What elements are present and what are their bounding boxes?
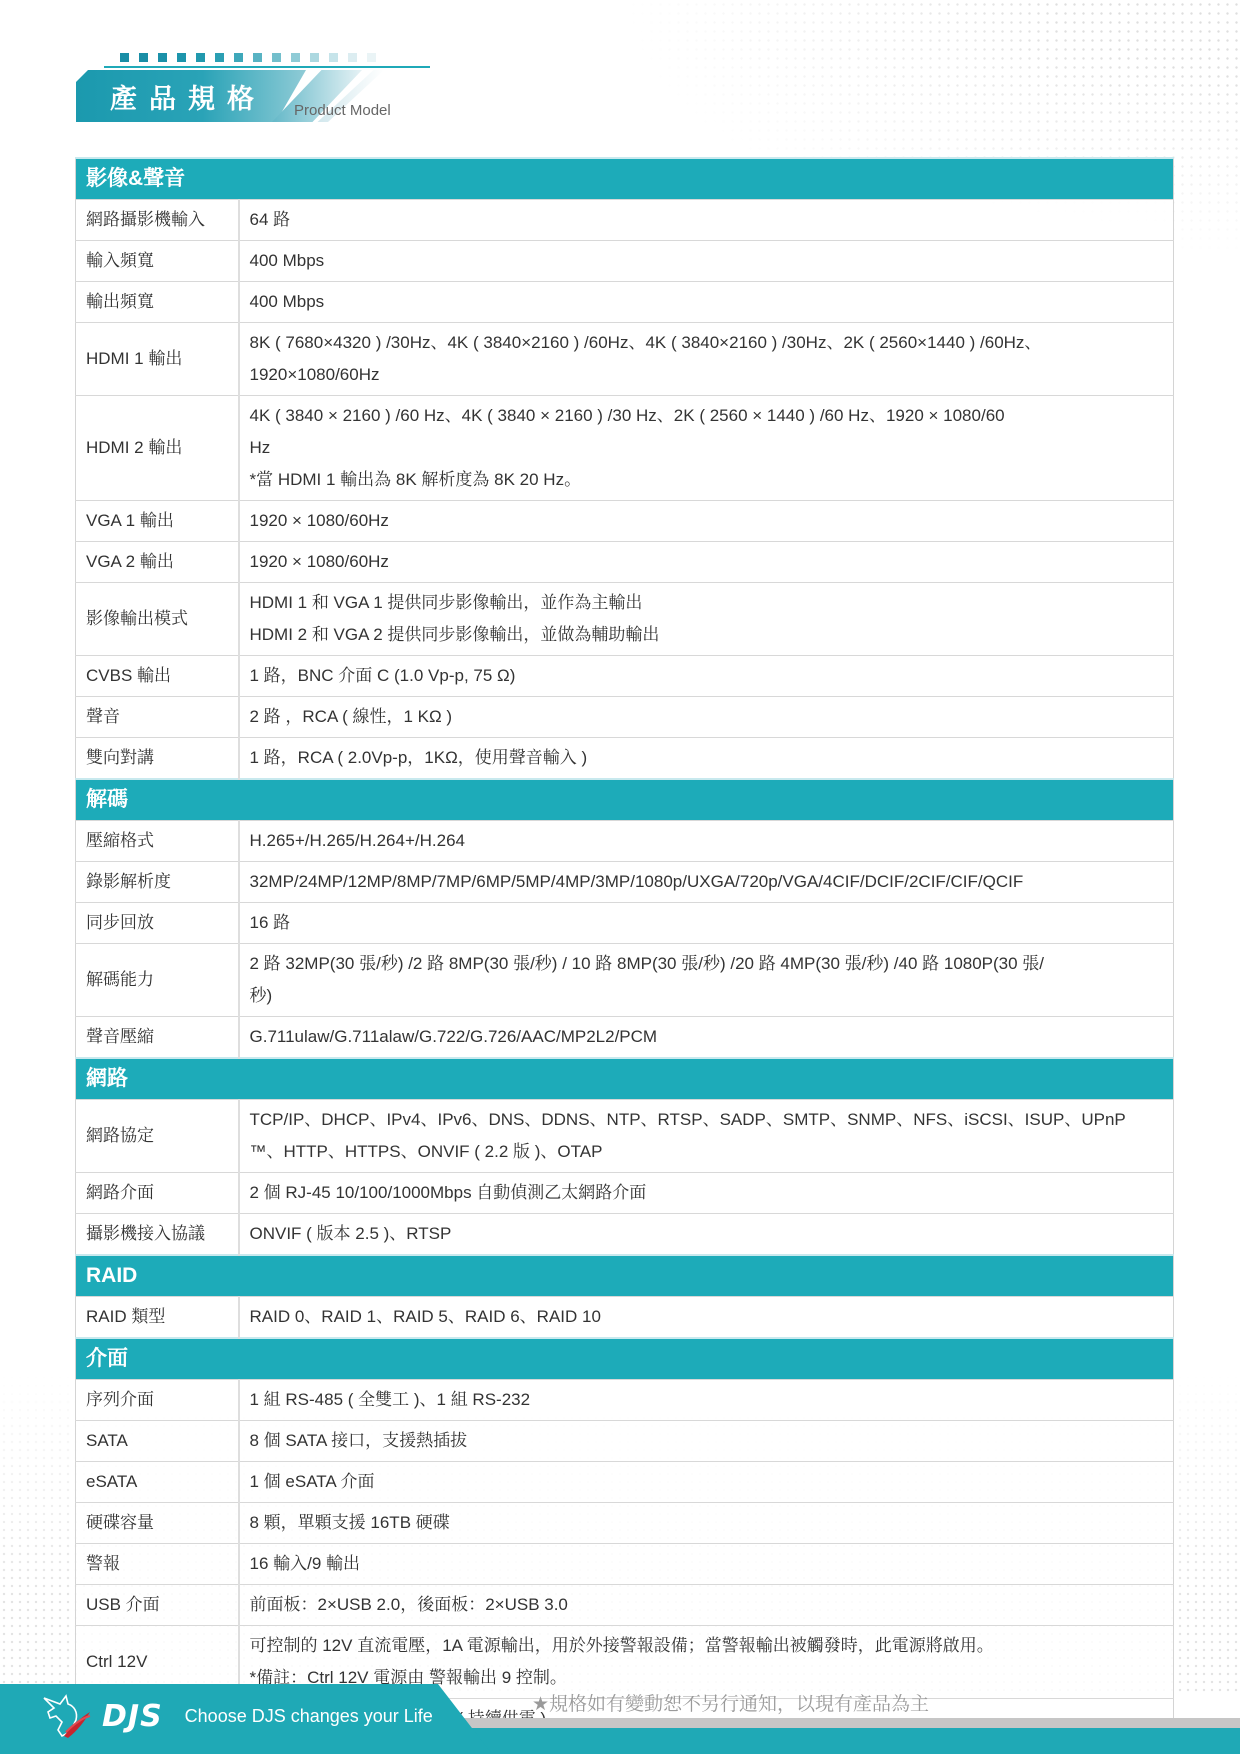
spec-value-line: 64 路 xyxy=(250,204,1164,236)
spec-value: 400 Mbps xyxy=(239,282,1174,323)
section-title: RAID xyxy=(76,1255,1174,1297)
spec-label: 雙向對講 xyxy=(76,738,239,780)
spec-row: 輸入頻寬400 Mbps xyxy=(76,241,1174,282)
spec-table: 影像&聲音網路攝影機輸入64 路輸入頻寬400 Mbps輸出頻寬400 Mbps… xyxy=(75,157,1174,1740)
spec-label: SATA xyxy=(76,1421,239,1462)
spec-row: VGA 2 輸出1920 × 1080/60Hz xyxy=(76,542,1174,583)
spec-value: 1920 × 1080/60Hz xyxy=(239,542,1174,583)
spec-value-line: 前面板：2×USB 2.0，後面板：2×USB 3.0 xyxy=(250,1589,1164,1621)
spec-value: 1 路，BNC 介面 C (1.0 Vp-p, 75 Ω) xyxy=(239,656,1174,697)
spec-label: 影像輸出模式 xyxy=(76,583,239,656)
decorative-square xyxy=(329,53,338,62)
spec-label: HDMI 1 輸出 xyxy=(76,323,239,396)
spec-row: USB 介面前面板：2×USB 2.0，後面板：2×USB 3.0 xyxy=(76,1585,1174,1626)
spec-label: 硬碟容量 xyxy=(76,1503,239,1544)
spec-value-line: 8 個 SATA 接口，支援熱插拔 xyxy=(250,1425,1164,1457)
spec-value: 16 路 xyxy=(239,903,1174,944)
spec-value-line: 2 路 ，RCA ( 線性，1 KΩ ) xyxy=(250,701,1164,733)
decorative-square xyxy=(139,53,148,62)
spec-row: CVBS 輸出1 路，BNC 介面 C (1.0 Vp-p, 75 Ω) xyxy=(76,656,1174,697)
decorative-square xyxy=(272,53,281,62)
spec-value: RAID 0、RAID 1、RAID 5、RAID 6、RAID 10 xyxy=(239,1297,1174,1339)
spec-value: G.711ulaw/G.711alaw/G.722/G.726/AAC/MP2L… xyxy=(239,1017,1174,1059)
spec-value: 64 路 xyxy=(239,200,1174,241)
spec-row: RAID 類型RAID 0、RAID 1、RAID 5、RAID 6、RAID … xyxy=(76,1297,1174,1339)
spec-label: 網路攝影機輸入 xyxy=(76,200,239,241)
spec-value: 2 路 32MP(30 張/秒) /2 路 8MP(30 張/秒) / 10 路… xyxy=(239,944,1174,1017)
spec-label: 攝影機接入協議 xyxy=(76,1214,239,1256)
spec-value: 8K ( 7680×4320 ) /30Hz、4K ( 3840×2160 ) … xyxy=(239,323,1174,396)
spec-row: 解碼能力2 路 32MP(30 張/秒) /2 路 8MP(30 張/秒) / … xyxy=(76,944,1174,1017)
spec-label: eSATA xyxy=(76,1462,239,1503)
spec-label: CVBS 輸出 xyxy=(76,656,239,697)
spec-row: 輸出頻寬400 Mbps xyxy=(76,282,1174,323)
decorative-square xyxy=(367,53,376,62)
spec-value: 1 個 eSATA 介面 xyxy=(239,1462,1174,1503)
spec-row: 雙向對講1 路，RCA ( 2.0Vp-p，1KΩ，使用聲音輸入 ) xyxy=(76,738,1174,780)
spec-label: 網路協定 xyxy=(76,1100,239,1173)
spec-row: 網路協定TCP/IP、DHCP、IPv4、IPv6、DNS、DDNS、NTP、R… xyxy=(76,1100,1174,1173)
spec-value-line: 4K ( 3840 × 2160 ) /60 Hz、4K ( 3840 × 21… xyxy=(250,400,1164,432)
spec-row: 攝影機接入協議ONVIF ( 版本 2.5 )、RTSP xyxy=(76,1214,1174,1256)
spec-row: HDMI 1 輸出8K ( 7680×4320 ) /30Hz、4K ( 384… xyxy=(76,323,1174,396)
spec-value-line: 1 個 eSATA 介面 xyxy=(250,1466,1164,1498)
page-subtitle: Product Model xyxy=(294,102,391,119)
spec-label: 壓縮格式 xyxy=(76,821,239,862)
spec-value-line: 1920 × 1080/60Hz xyxy=(250,546,1164,578)
spec-label: 輸出頻寬 xyxy=(76,282,239,323)
spec-value-line: RAID 0、RAID 1、RAID 5、RAID 6、RAID 10 xyxy=(250,1301,1164,1333)
decorative-square xyxy=(215,53,224,62)
decorative-square xyxy=(158,53,167,62)
spec-value-line: 可控制的 12V 直流電壓，1A 電源輸出，用於外接警報設備；當警報輸出被觸發時… xyxy=(250,1630,1164,1662)
spec-value: 8 個 SATA 接口，支援熱插拔 xyxy=(239,1421,1174,1462)
decorative-square xyxy=(177,53,186,62)
section-header: 解碼 xyxy=(76,779,1174,821)
spec-label: 聲音 xyxy=(76,697,239,738)
spec-row: SATA8 個 SATA 接口，支援熱插拔 xyxy=(76,1421,1174,1462)
spec-value-line: 16 路 xyxy=(250,907,1164,939)
spec-value-line: TCP/IP、DHCP、IPv4、IPv6、DNS、DDNS、NTP、RTSP、… xyxy=(250,1104,1164,1136)
decorative-squares xyxy=(120,53,376,62)
section-header: 影像&聲音 xyxy=(76,158,1174,200)
spec-label: VGA 2 輸出 xyxy=(76,542,239,583)
spec-row: HDMI 2 輸出4K ( 3840 × 2160 ) /60 Hz、4K ( … xyxy=(76,396,1174,501)
brand-slogan: Choose DJS changes your Life xyxy=(185,1706,433,1727)
section-header: 介面 xyxy=(76,1338,1174,1380)
spec-value-line: 1 路，BNC 介面 C (1.0 Vp-p, 75 Ω) xyxy=(250,660,1164,692)
spec-row: 影像輸出模式HDMI 1 和 VGA 1 提供同步影像輸出，並作為主輸出HDMI… xyxy=(76,583,1174,656)
spec-value: 4K ( 3840 × 2160 ) /60 Hz、4K ( 3840 × 21… xyxy=(239,396,1174,501)
section-title: 影像&聲音 xyxy=(76,158,1174,200)
spec-label: USB 介面 xyxy=(76,1585,239,1626)
spec-value-line: 1 組 RS-485 ( 全雙工 )、1 組 RS-232 xyxy=(250,1384,1164,1416)
spec-label: 序列介面 xyxy=(76,1380,239,1421)
section-title: 解碼 xyxy=(76,779,1174,821)
spec-label: VGA 1 輸出 xyxy=(76,501,239,542)
header-divider xyxy=(104,66,430,68)
spec-row: 硬碟容量8 顆，單顆支援 16TB 硬碟 xyxy=(76,1503,1174,1544)
spec-row: 網路介面2 個 RJ-45 10/100/1000Mbps 自動偵測乙太網路介面 xyxy=(76,1173,1174,1214)
spec-value-line: 2 路 32MP(30 張/秒) /2 路 8MP(30 張/秒) / 10 路… xyxy=(250,948,1164,980)
spec-value-line: HDMI 2 和 VGA 2 提供同步影像輸出，並做為輔助輸出 xyxy=(250,619,1164,651)
spec-label: HDMI 2 輸出 xyxy=(76,396,239,501)
spec-label: 警報 xyxy=(76,1544,239,1585)
spec-value-line: 8K ( 7680×4320 ) /30Hz、4K ( 3840×2160 ) … xyxy=(250,327,1164,359)
spec-change-notice: ★規格如有變動恕不另行通知，以現有產品為主 xyxy=(532,1689,929,1716)
section-title: 網路 xyxy=(76,1058,1174,1100)
brand-name: DJS xyxy=(102,1699,163,1734)
spec-value-line: HDMI 1 和 VGA 1 提供同步影像輸出，並作為主輸出 xyxy=(250,587,1164,619)
spec-value-line: 1920 × 1080/60Hz xyxy=(250,505,1164,537)
spec-value-line: 400 Mbps xyxy=(250,286,1164,318)
spec-value: 8 顆，單顆支援 16TB 硬碟 xyxy=(239,1503,1174,1544)
spec-row: eSATA1 個 eSATA 介面 xyxy=(76,1462,1174,1503)
spec-value-line: H.265+/H.265/H.264+/H.264 xyxy=(250,825,1164,857)
spec-label: 網路介面 xyxy=(76,1173,239,1214)
spec-value-line: G.711ulaw/G.711alaw/G.722/G.726/AAC/MP2L… xyxy=(250,1021,1164,1053)
spec-row: 序列介面1 組 RS-485 ( 全雙工 )、1 組 RS-232 xyxy=(76,1380,1174,1421)
spec-row: 聲音2 路 ，RCA ( 線性，1 KΩ ) xyxy=(76,697,1174,738)
spec-value: 前面板：2×USB 2.0，後面板：2×USB 3.0 xyxy=(239,1585,1174,1626)
spec-row: 錄影解析度32MP/24MP/12MP/8MP/7MP/6MP/5MP/4MP/… xyxy=(76,862,1174,903)
spec-value-line: 秒) xyxy=(250,980,1164,1012)
spec-value: 16 輸入/9 輸出 xyxy=(239,1544,1174,1585)
spec-row: 網路攝影機輸入64 路 xyxy=(76,200,1174,241)
spec-label: 同步回放 xyxy=(76,903,239,944)
footer-grey-stripe xyxy=(440,1718,1240,1728)
section-title: 介面 xyxy=(76,1338,1174,1380)
decorative-square xyxy=(253,53,262,62)
spec-value: TCP/IP、DHCP、IPv4、IPv6、DNS、DDNS、NTP、RTSP、… xyxy=(239,1100,1174,1173)
spec-value-line: ONVIF ( 版本 2.5 )、RTSP xyxy=(250,1218,1164,1250)
section-header: 網路 xyxy=(76,1058,1174,1100)
spec-value-line: 32MP/24MP/12MP/8MP/7MP/6MP/5MP/4MP/3MP/1… xyxy=(250,866,1164,898)
decorative-square xyxy=(120,53,129,62)
decorative-square xyxy=(291,53,300,62)
spec-value: 1 路，RCA ( 2.0Vp-p，1KΩ，使用聲音輸入 ) xyxy=(239,738,1174,780)
spec-row: 同步回放16 路 xyxy=(76,903,1174,944)
spec-value-line: ™、HTTP、HTTPS、ONVIF ( 2.2 版 )、OTAP xyxy=(250,1136,1164,1168)
spec-label: 聲音壓縮 xyxy=(76,1017,239,1059)
spec-row: 警報16 輸入/9 輸出 xyxy=(76,1544,1174,1585)
section-header: RAID xyxy=(76,1255,1174,1297)
footer-logo: DJS Choose DJS changes your Life xyxy=(40,1692,433,1740)
spec-value: HDMI 1 和 VGA 1 提供同步影像輸出，並作為主輸出HDMI 2 和 V… xyxy=(239,583,1174,656)
spec-label: 解碼能力 xyxy=(76,944,239,1017)
spec-row: VGA 1 輸出1920 × 1080/60Hz xyxy=(76,501,1174,542)
spec-value: 32MP/24MP/12MP/8MP/7MP/6MP/5MP/4MP/3MP/1… xyxy=(239,862,1174,903)
spec-label: 輸入頻寬 xyxy=(76,241,239,282)
spec-value-line: 8 顆，單顆支援 16TB 硬碟 xyxy=(250,1507,1164,1539)
spec-value: H.265+/H.265/H.264+/H.264 xyxy=(239,821,1174,862)
spec-row: 聲音壓縮G.711ulaw/G.711alaw/G.722/G.726/AAC/… xyxy=(76,1017,1174,1059)
decorative-square xyxy=(348,53,357,62)
spec-value: ONVIF ( 版本 2.5 )、RTSP xyxy=(239,1214,1174,1256)
spec-value-line: 2 個 RJ-45 10/100/1000Mbps 自動偵測乙太網路介面 xyxy=(250,1177,1164,1209)
spec-label: RAID 類型 xyxy=(76,1297,239,1339)
page-title: 產品規格 xyxy=(110,77,266,116)
spec-value: 2 個 RJ-45 10/100/1000Mbps 自動偵測乙太網路介面 xyxy=(239,1173,1174,1214)
spec-value-line: Hz xyxy=(250,432,1164,464)
spec-value: 1920 × 1080/60Hz xyxy=(239,501,1174,542)
decorative-square xyxy=(310,53,319,62)
spec-value-line: 1920×1080/60Hz xyxy=(250,359,1164,391)
spec-value-line: 1 路，RCA ( 2.0Vp-p，1KΩ，使用聲音輸入 ) xyxy=(250,742,1164,774)
spec-label: 錄影解析度 xyxy=(76,862,239,903)
spec-value: 2 路 ，RCA ( 線性，1 KΩ ) xyxy=(239,697,1174,738)
spec-value-line: 16 輸入/9 輸出 xyxy=(250,1548,1164,1580)
spec-value-line: 400 Mbps xyxy=(250,245,1164,277)
spec-value: 400 Mbps xyxy=(239,241,1174,282)
spec-row: 壓縮格式H.265+/H.265/H.264+/H.264 xyxy=(76,821,1174,862)
spec-value-line: *當 HDMI 1 輸出為 8K 解析度為 8K 20 Hz。 xyxy=(250,464,1164,496)
spec-value: 1 組 RS-485 ( 全雙工 )、1 組 RS-232 xyxy=(239,1380,1174,1421)
page-header: 產品規格 Product Model xyxy=(76,50,456,130)
unicorn-logo-icon xyxy=(40,1692,92,1740)
decorative-square xyxy=(196,53,205,62)
footer: DJS Choose DJS changes your Life ★規格如有變動… xyxy=(0,1680,1240,1754)
decorative-square xyxy=(234,53,243,62)
